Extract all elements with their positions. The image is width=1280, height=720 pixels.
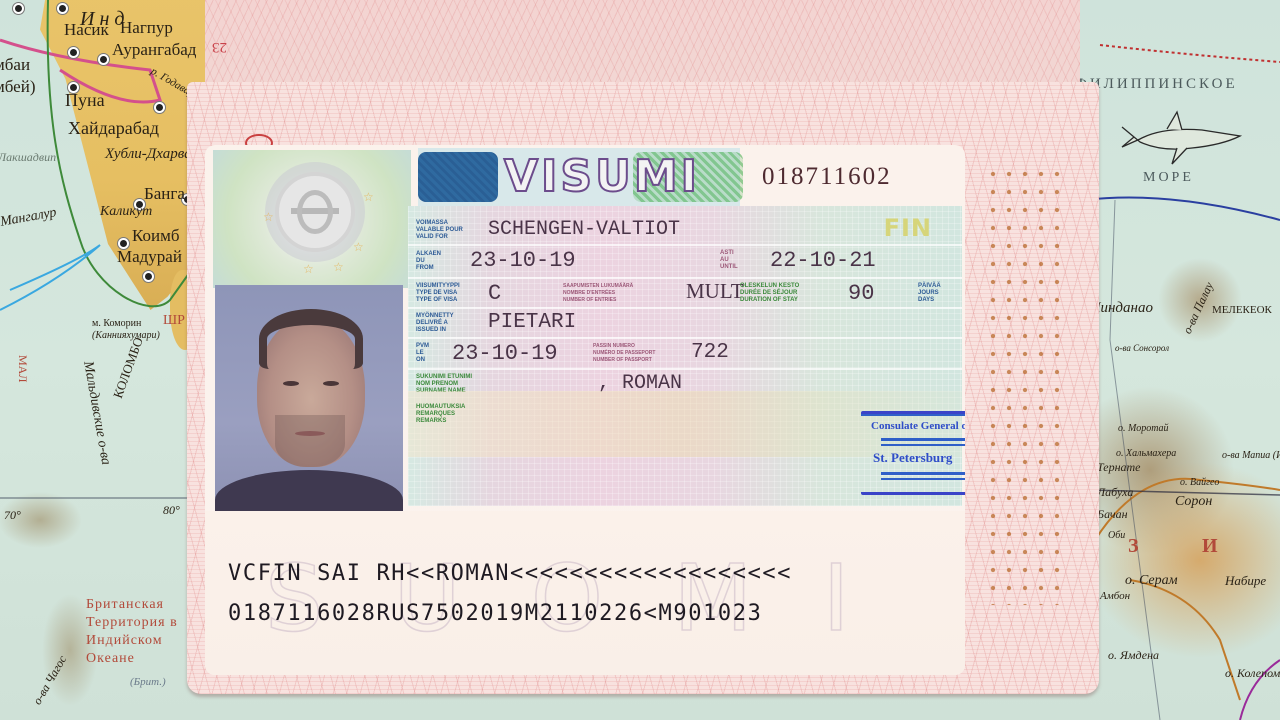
stamp-text-consulate: Consulate General of Finland [871,420,965,432]
map-label: Хубли-Дхарвар [105,146,199,163]
map-label: мбей) [0,77,36,97]
field-value-type: C [488,281,501,306]
photo-eye [323,381,339,386]
field-label-entries: SAAPUMISTEN LUKUMÄÄRÄ NOMBRE D'ENTRÉES N… [563,283,633,304]
perforated-number [985,165,1060,605]
row-dates: ALKAEN DU FROM 23-10-19 ASTI AU UNTIL 22… [408,244,962,279]
star-icon: ☆ [333,260,344,274]
map-label: Амбон [1100,590,1130,602]
field-label-remarks: HUOMAUTUKSIA REMARQUES REMARKS [416,404,465,425]
photo-shoulders [215,470,403,515]
field-value-entries: MULT [686,279,744,304]
map-label: о. Вайгео [1180,477,1219,488]
eu-seal-icon [275,172,355,252]
map-label: МАЛ [15,355,30,382]
star-icon: ☆ [303,262,314,276]
stamp-rule [881,444,965,446]
field-value-issued-in: PIETARI [488,311,576,334]
map-label: мбаи [0,55,30,75]
stamp-rule [881,478,965,480]
field-label-type: VIISUMITYYPPI TYPE DE VISA TYPE OF VISA [416,283,460,304]
row-issue-date: PVM LE ON 23-10-19 PASSIN NUMERO NUMÉRO … [408,337,962,370]
field-value-from: 23-10-19 [470,248,576,273]
map-label: ШР [163,313,185,329]
photo-beard [275,415,345,467]
map-label: о. Хальмахера [1116,448,1176,459]
row-valid-for: VOIMASSA VALABLE POUR VALID FOR SCHENGEN… [408,206,962,246]
star-icon: ☆ [353,240,364,254]
map-label: Бачан [1097,507,1128,522]
field-label-duration: OLESKELUN KESTO DURÉE DE SÉJOUR DURATION… [740,283,799,304]
stamp-text-city: St. Petersburg [873,450,952,466]
map-label: 70° [4,508,21,523]
map-label: (Брит.) [130,676,166,688]
mrz-line-1: VCFIN SAI RH<<ROMAN<<<<<<<<<<<<<<<<<<< [228,561,792,586]
map-label: о. Серам [1125,573,1178,589]
city-dot [143,271,154,282]
consulate-stamp: Consulate General of Finland St. Petersb… [861,411,965,495]
stamp-rule [881,438,965,441]
holder-photo [215,285,403,515]
visa-title: VISUMI [504,151,700,202]
visa-number: 018711602 [762,163,892,191]
map-label: Насик [64,20,109,40]
map-label: Пуна [65,90,105,111]
map-label: Каликут [100,204,152,220]
field-value-passport-number: 722 [691,341,729,364]
map-label: Лакшадвип [0,150,56,165]
map-label: Мадурай [117,247,182,267]
map-label: И [1202,535,1218,558]
city-dot [154,102,165,113]
city-dot [68,47,79,58]
map-label: Оби [1108,530,1125,541]
field-value-until: 22-10-21 [770,248,876,273]
map-label: о. Колепом (Долак) [1225,666,1280,681]
field-value-on: 23-10-19 [452,341,558,366]
city-dot [13,3,24,14]
map-label: ФИЛИППИНСКОЕ [1075,76,1238,93]
visa-banner: VISUMI [418,148,740,206]
field-label-issued-in: MYÖNNETTY DELIVRÉ A ISSUED IN [416,313,454,334]
star-icon: ☆ [263,210,274,224]
visa-sticker: ☆ ☆ ☆ ☆ ☆ VISUMI 018711602 FIN VOIMASSA … [205,145,965,675]
stamp-rule [881,472,965,475]
map-label: Тернате [1097,460,1141,475]
field-label-days: PÄIVÄÄ JOURS DAYS [918,283,941,304]
map-label: о-ва Мапиа (Индон.) [1222,450,1280,461]
photo-hair [259,309,363,369]
mrz-line-2: 0187116028RUS7502019M2110226<M901023 [228,601,762,626]
star-icon: ☆ [363,190,374,204]
row-visa-type: VIISUMITYYPPI TYPE DE VISA TYPE OF VISA … [408,277,962,309]
map-label: Нагпур [120,18,173,38]
map-label: Коимб [132,226,180,246]
photo-eye [283,381,299,386]
map-label: (Каннияхумари) [92,330,160,341]
field-value-valid-for: SCHENGEN-VALTIOT [488,218,680,241]
field-label-passport-number: PASSIN NUMERO NUMÉRO DE PASSEPORT NUMBER… [593,343,655,364]
field-label-from: ALKAEN DU FROM [416,251,441,272]
field-value-duration: 90 [848,281,874,306]
map-label: Хайдарабад [68,118,159,139]
page-number: 23 [212,38,227,55]
map-label: Сорон [1175,494,1212,510]
passport-upper-page [205,0,1080,85]
banner-blue-block [418,152,498,202]
row-issued-in: MYÖNNETTY DELIVRÉ A ISSUED IN PIETARI [408,307,962,339]
stamp-rule [861,414,965,416]
map-label: м. Коморин [92,318,141,329]
shark-illustration [1122,112,1240,164]
map-label: Набире [1225,573,1266,589]
map-label: Аурангабад [112,40,196,60]
map-label: МОРЕ [1143,170,1194,186]
map-label: Британская Территория в Индийском Океане [86,596,186,672]
map-label: Банга [144,184,185,204]
map-label: 80° [163,503,180,518]
map-label: о. Ямдена [1108,648,1159,663]
city-dot [98,54,109,65]
map-label: о. Моротай [1118,423,1169,434]
field-label-until: ASTI AU UNTIL [720,250,738,271]
city-dot [57,3,68,14]
hologram: ☆ ☆ ☆ ☆ ☆ [213,150,411,288]
map-label: З [1128,535,1139,558]
map-label: Лабуха [1097,485,1133,500]
field-label-on: PVM LE ON [416,343,429,364]
map-label: МЕЛЕКЕОК [1212,304,1272,316]
field-label-valid-for: VOIMASSA VALABLE POUR VALID FOR [416,220,463,241]
photo-mouth [295,431,325,436]
map-label: о-ва Сонсорол [1115,343,1169,353]
